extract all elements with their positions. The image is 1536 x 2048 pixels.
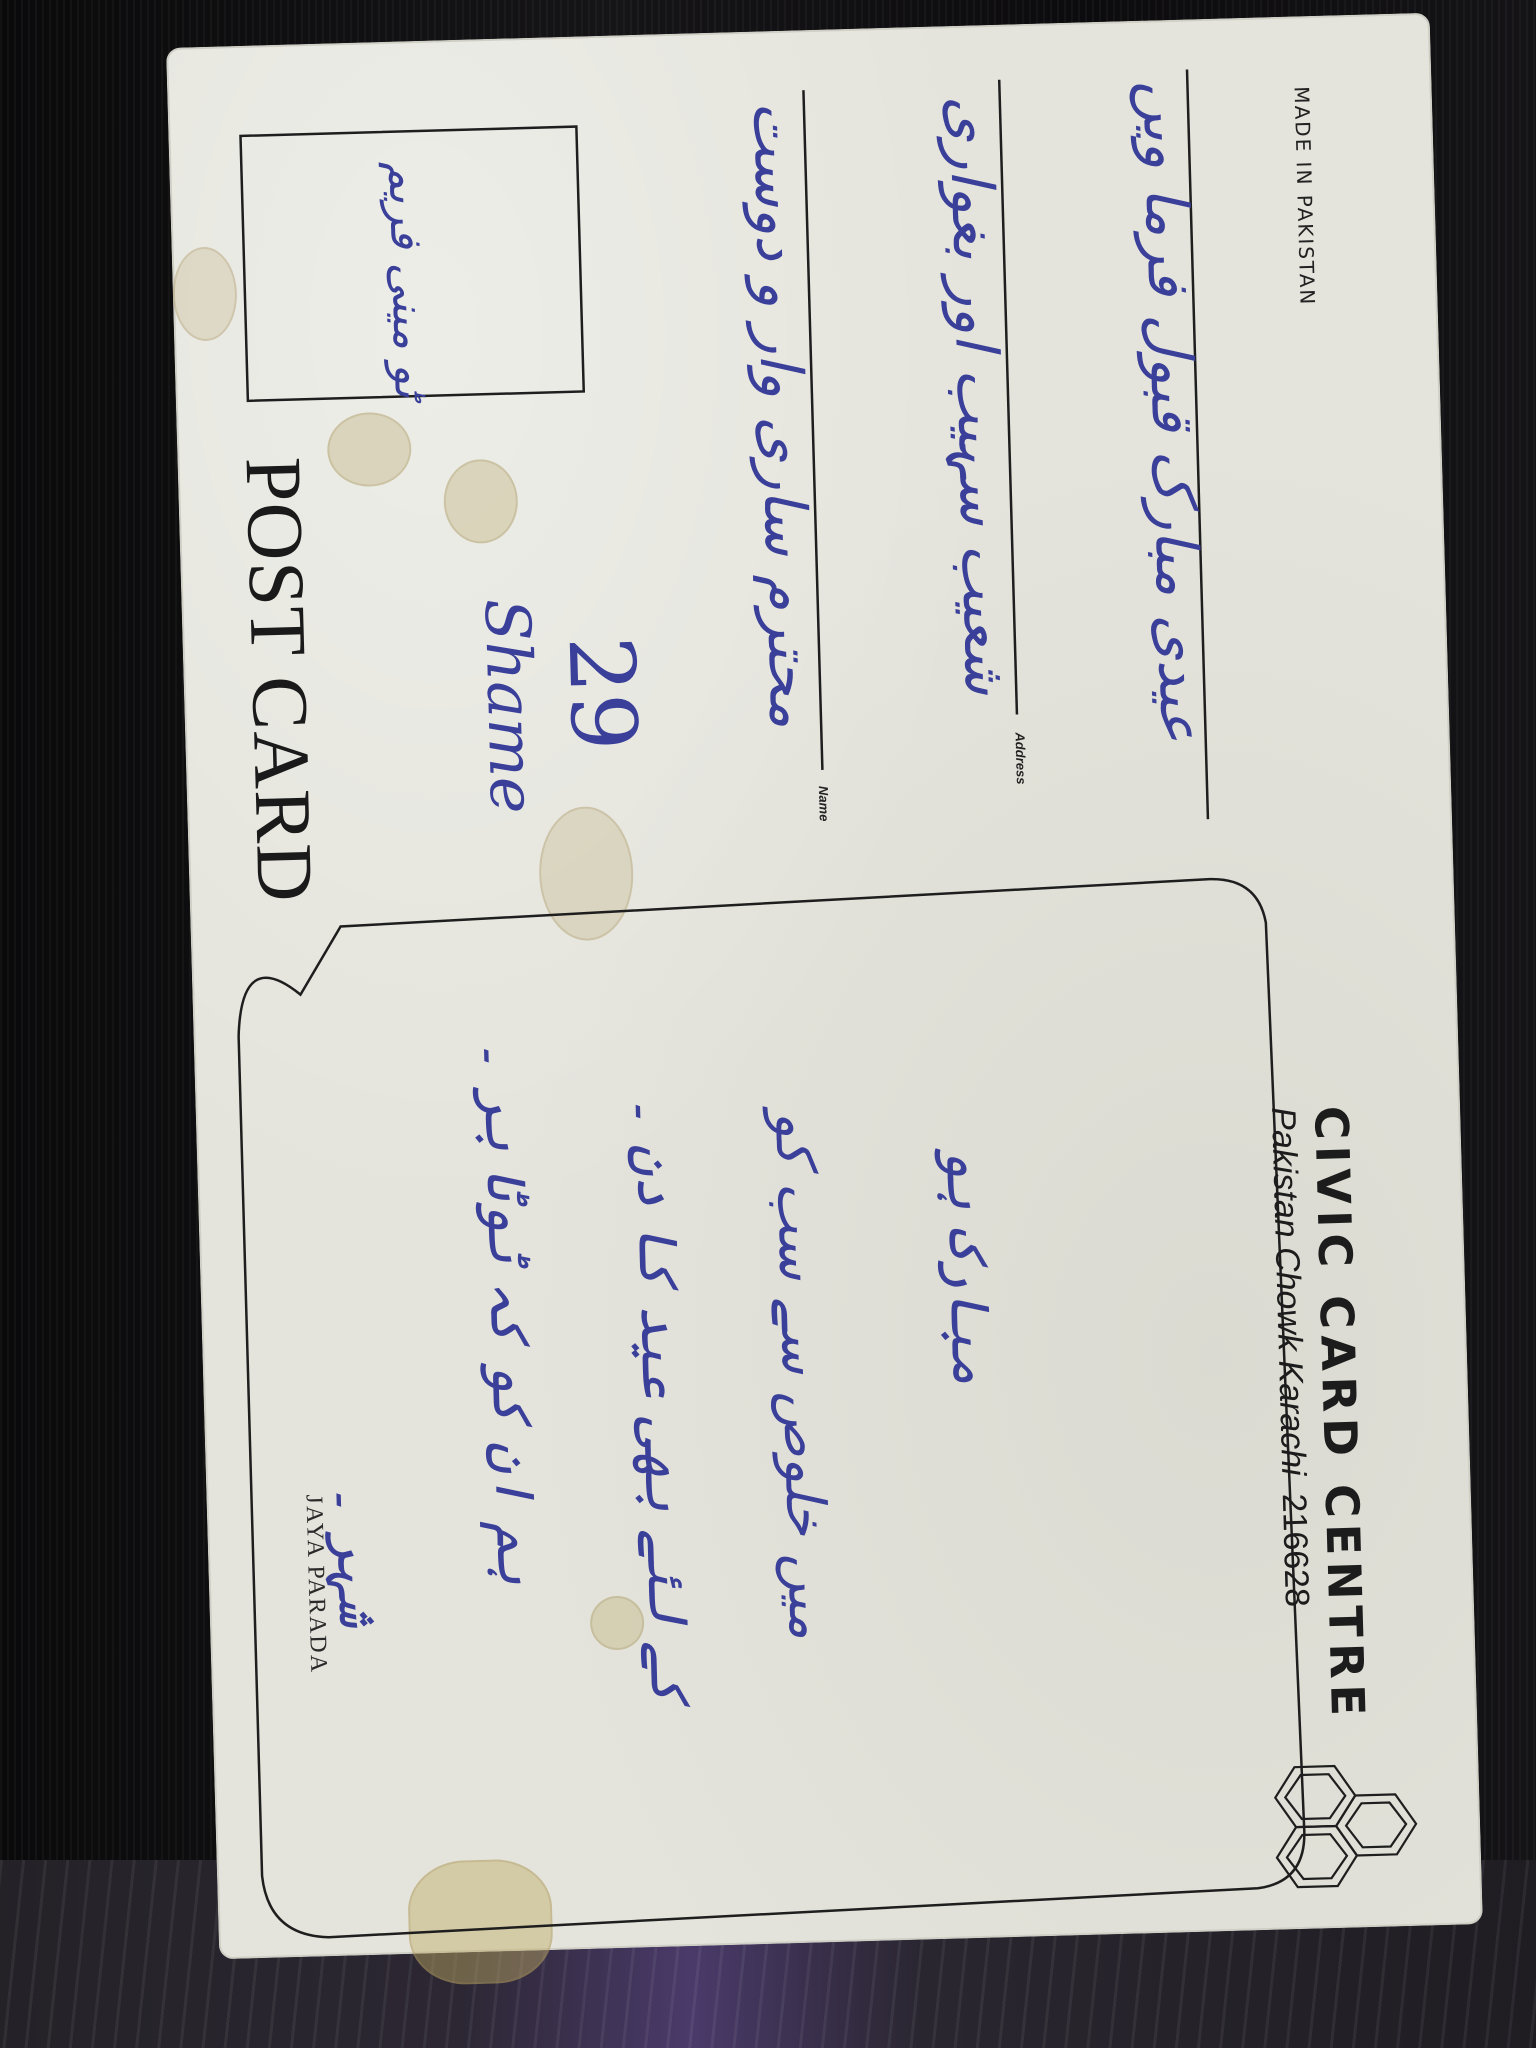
ccc-hexagon-logo [166,13,1483,1960]
postcard: POST CARD JAYA PARADA MADE IN PAKISTAN N… [166,13,1483,1960]
